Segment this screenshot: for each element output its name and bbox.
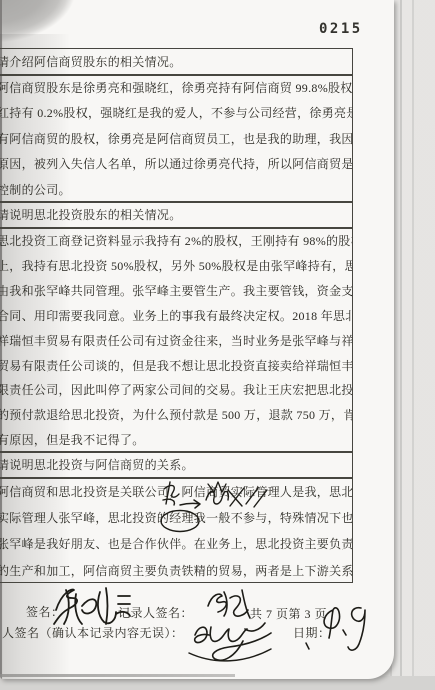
question-block-2: 请说明思北投资股东的相关情况。 xyxy=(0,202,353,228)
document-page: 0215 请介绍阿信商贸股东的相关情况。 阿信商贸股东是徐勇亮和强晓红，徐勇亮持… xyxy=(0,0,394,679)
question-block-1: 请介绍阿信商贸股东的相关情况。 xyxy=(0,48,353,75)
document-text-line: 的生产和加工，阿信商贸主要负责铁精的贸易，两者是上下游关系， xyxy=(0,558,352,583)
document-text-line: 有阿信商贸的股权，徐勇亮是阿信商贸员工，也是我的助理，我因为 xyxy=(0,127,352,152)
page-stamp: 0215 xyxy=(319,21,363,37)
document-text-line: 祥瑞恒丰贸易有限责任公司有过资金往来，当时业务是张罕峰与祥瑞 xyxy=(0,329,352,354)
document-text-line: 由我和张罕峰共同管理。张罕峰主要管生产。我主要管钱，资金支付、 xyxy=(0,279,352,304)
recorder-label: 记录人签名： xyxy=(118,604,193,621)
handwritten-correction-annotation xyxy=(150,472,285,538)
document-text-line: 红持有 0.2%股权，强晓红是我的爱人，不参与公司经营，徐勇亮是代 xyxy=(0,101,352,126)
document-text-line: 原因，被列入失信人名单，所以通过徐勇亮代持，所以阿信商贸是我 xyxy=(0,152,352,177)
document-text-line: 思北投资工商登记资料显示我持有 2%的股权，王刚持有 98%的股权， xyxy=(0,229,352,254)
document-text-line: 的预付款退给思北投资，为什么预付款是 500 万，退款 750 万，肯 xyxy=(0,403,352,428)
answer-block-1: 阿信商贸股东是徐勇亮和强晓红，徐勇亮持有阿信商贸 99.8%股权， 红持有 0.… xyxy=(0,75,353,202)
signature-confirm xyxy=(185,613,275,665)
background-sheet-edge xyxy=(390,0,435,690)
document-text-line: 有原因，但是我不记得了。 xyxy=(0,428,352,452)
document-text-line: 请说明思北投资股东的相关情况。 xyxy=(0,203,352,228)
document-text-line: 贸易有限责任公司谈的，但是我不想让思北投资直接卖给祥瑞恒丰贸 xyxy=(0,354,352,379)
document-text-line: 控制的公司。 xyxy=(0,178,352,202)
page-bottom-edge xyxy=(0,674,235,677)
document-text-line: 请介绍阿信商贸股东的相关情况。 xyxy=(0,49,352,75)
confirm-signature-label: 人签名（确认本记录内容无误）： xyxy=(2,624,184,641)
document-text-line: 阿信商贸股东是徐勇亮和强晓红，徐勇亮持有阿信商贸 99.8%股权， xyxy=(0,76,352,101)
handwritten-date xyxy=(317,600,367,656)
document-text-line: 限责任公司，因此叫停了两家公司间的交易。我让王庆宏把思北投资 xyxy=(0,378,352,403)
document-text-line: 上，我持有思北投资 50%股权，另外 50%股权是由张罕峰持有，思北 xyxy=(0,254,352,279)
scanned-document-view: 0215 请介绍阿信商贸股东的相关情况。 阿信商贸股东是徐勇亮和强晓红，徐勇亮持… xyxy=(0,0,435,690)
answer-block-2: 思北投资工商登记资料显示我持有 2%的股权，王刚持有 98%的股权， 上，我持有… xyxy=(0,228,353,452)
document-text-line: 合同、用印需要我同意。业务上的事我有最终决定权。2018 年思北投 xyxy=(0,304,352,329)
stray-ink-mark xyxy=(304,641,312,653)
